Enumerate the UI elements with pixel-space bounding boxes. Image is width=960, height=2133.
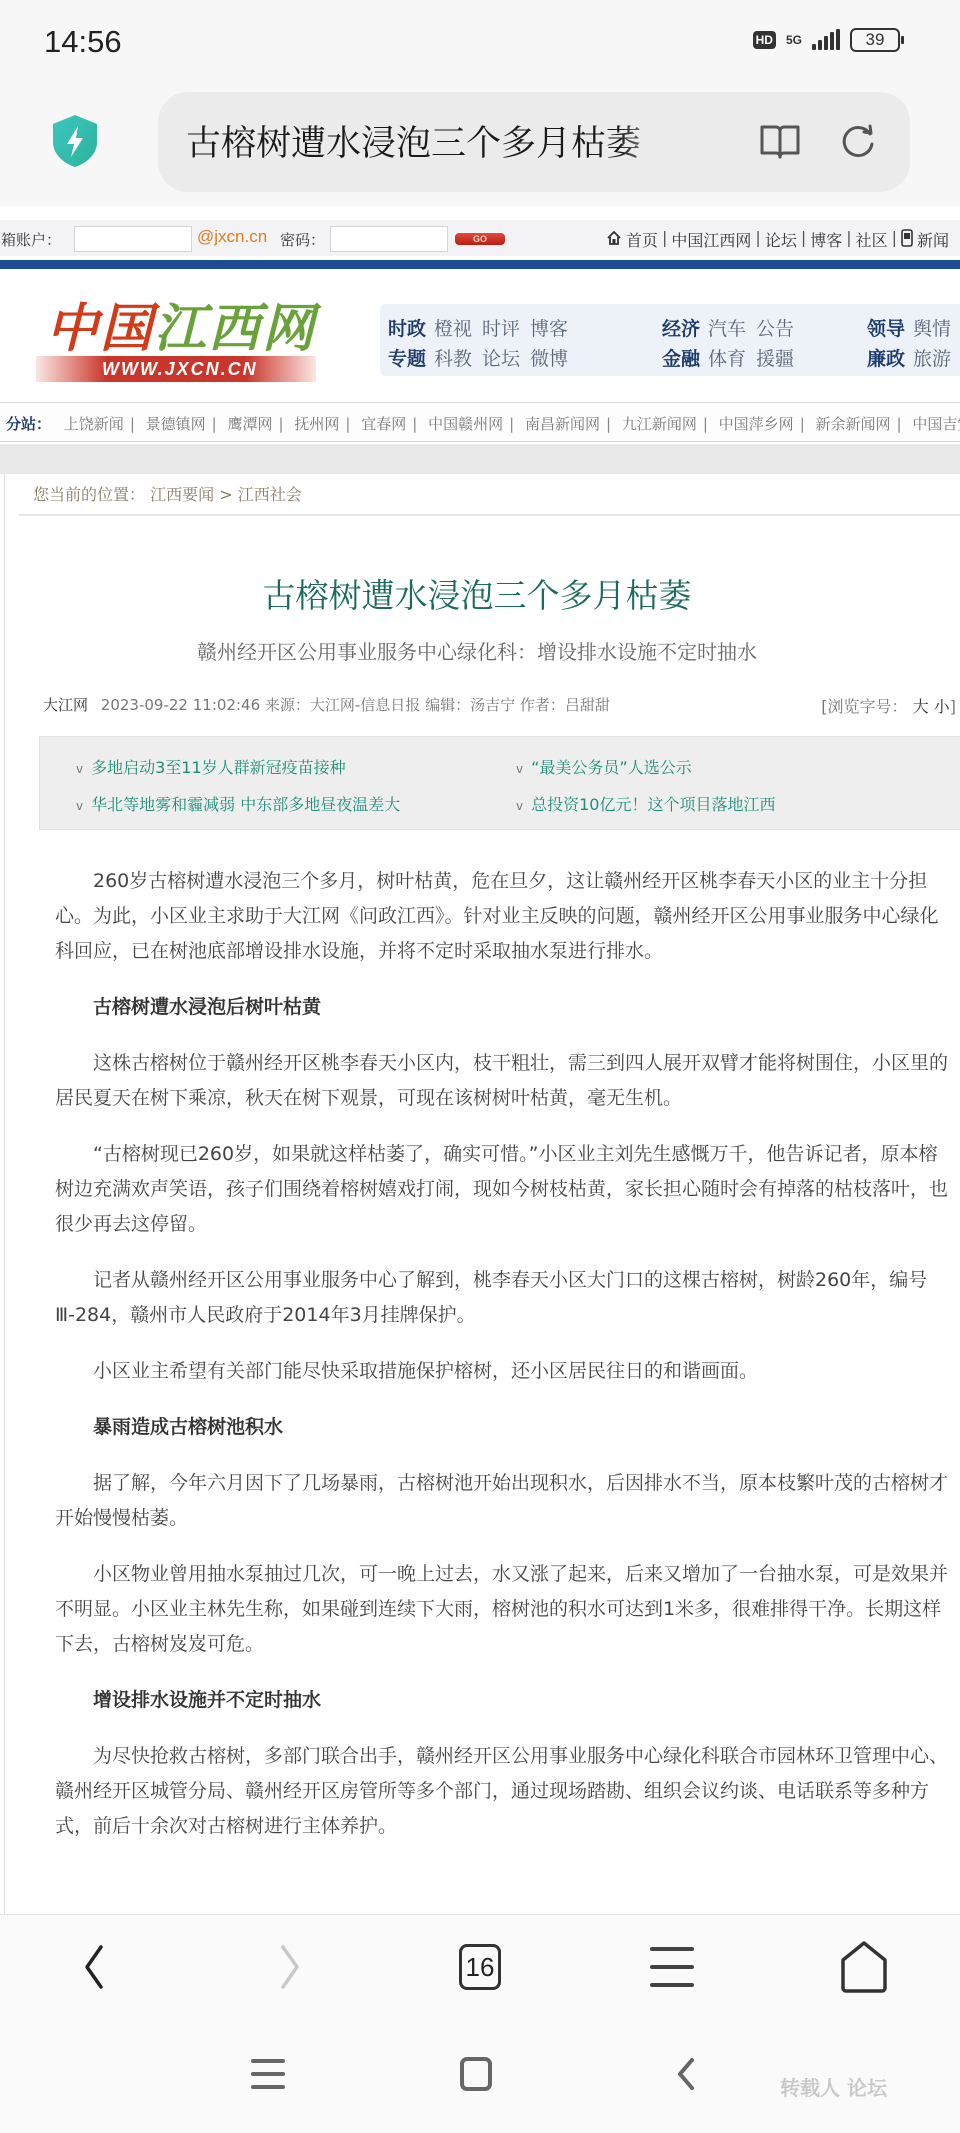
article-paragraph: 260岁古榕树遭水浸泡三个多月，树叶枯黄，危在旦夕，这让赣州经开区桃李春天小区的…: [55, 864, 951, 969]
meta-author: 作者：吕甜甜: [520, 696, 610, 714]
font-size-control: [浏览字号： 大 小]: [821, 694, 956, 717]
tab-count: 16: [459, 1944, 501, 1990]
sep: |: [130, 415, 135, 433]
channel-item[interactable]: 博客: [530, 318, 568, 340]
sep: |: [755, 228, 760, 251]
breadcrumb-jiangxi-news[interactable]: 江西要闻: [150, 485, 214, 504]
channel-item[interactable]: 橙视: [434, 318, 472, 340]
email-account-label: 邮箱账户：: [0, 229, 61, 250]
tabs-button[interactable]: 16: [450, 1937, 510, 1997]
substation-link[interactable]: 南昌新闻网: [525, 415, 600, 433]
channel-main[interactable]: 经济: [662, 318, 700, 340]
substation-link[interactable]: 中国赣州网: [428, 415, 503, 433]
article-paragraph: 为尽快抢救古榕树，多部门联合出手，赣州经开区公用事业服务中心绿化科联合市园林环卫…: [55, 1739, 951, 1844]
hamburger-menu-icon: [649, 1945, 695, 1989]
related-link[interactable]: v总投资10亿元！这个项目落地江西: [516, 792, 775, 815]
chevron-down-icon: v: [516, 762, 523, 776]
sep: |: [703, 415, 708, 433]
channel-item[interactable]: 援疆: [756, 348, 794, 370]
article-paragraph: 小区业主希望有关部门能尽快采取措施保护榕树，还小区居民往日的和谐画面。: [55, 1354, 951, 1389]
channel-main[interactable]: 领导: [867, 318, 905, 340]
signal-strength-icon: [812, 30, 840, 50]
channel-main[interactable]: 时政: [388, 318, 426, 340]
watermark: 转载人 论坛: [780, 2072, 887, 2101]
forward-button[interactable]: [260, 1937, 320, 1997]
channel-row: 廉政旅游: [867, 344, 960, 374]
channel-item[interactable]: 微博: [530, 348, 568, 370]
article-container: 您当前的位置： 江西要闻 > 江西社会 古榕树遭水浸泡三个多月枯萎 赣州经开区公…: [4, 474, 960, 1914]
battery-icon: 39: [850, 28, 900, 52]
browser-toolbar: 16: [0, 1914, 960, 2014]
sep: |: [509, 415, 514, 433]
sep: |: [897, 415, 902, 433]
top-link-community[interactable]: 社区: [856, 228, 888, 251]
url-bar[interactable]: 古榕树遭水浸泡三个多月枯萎: [158, 92, 910, 192]
password-label: 密码：: [280, 229, 325, 250]
channel-group-3: 领导舆情 廉政旅游: [867, 314, 960, 374]
system-back-button[interactable]: [656, 2044, 716, 2104]
chevron-left-icon: [79, 1942, 109, 1992]
back-arrow-icon: [674, 2056, 698, 2092]
substation-inner: 分站： 上饶新闻| 景德镇网| 鹰潭网| 抚州网| 宜春网| 中国赣州网| 南昌…: [6, 413, 960, 434]
article-subheading: 古榕树遭水浸泡后树叶枯黄: [55, 990, 951, 1025]
related-link[interactable]: v华北等地雾和霾减弱 中东部多地昼夜温差大: [76, 792, 400, 815]
chevron-down-icon: v: [76, 799, 83, 813]
status-bar: 14:56 HD 5G 39: [0, 0, 960, 88]
chevron-down-icon: v: [516, 799, 523, 813]
security-shield-icon[interactable]: [52, 114, 98, 168]
article-paragraph: 据了解，今年六月因下了几场暴雨，古榕树池开始出现积水，后因排水不当，原本枝繁叶茂…: [55, 1466, 951, 1536]
related-news-box: v多地启动3至11岁人群新冠疫苗接种 v“最美公务员”人选公示 v华北等地雾和霾…: [39, 736, 960, 830]
article-subheading: 暴雨造成古榕树池积水: [55, 1410, 951, 1445]
channel-row: 领导舆情: [867, 314, 960, 344]
channel-row: 金融体育援疆: [662, 344, 804, 374]
sep: |: [412, 415, 417, 433]
sep: |: [846, 228, 851, 251]
channel-row: 专题科教论坛微博: [388, 344, 578, 374]
status-time: 14:56: [44, 24, 122, 60]
article-paragraph: 记者从赣州经开区公用事业服务中心了解到，桃李春天小区大门口的这棵古榕树，树龄26…: [55, 1263, 951, 1333]
channel-item[interactable]: 论坛: [482, 348, 520, 370]
substation-links: 分站： 上饶新闻| 景德镇网| 鹰潭网| 抚州网| 宜春网| 中国赣州网| 南昌…: [0, 402, 960, 442]
system-navigation-bar: 转载人 论坛: [0, 2014, 960, 2133]
login-go-button[interactable]: GO: [455, 233, 505, 245]
sep: |: [892, 228, 897, 251]
browser-address-area: 古榕树遭水浸泡三个多月枯萎: [0, 88, 960, 206]
sep: |: [279, 415, 284, 433]
font-size-label: [浏览字号：: [821, 697, 907, 716]
top-link-blog[interactable]: 博客: [810, 228, 842, 251]
system-home-button[interactable]: [446, 2044, 506, 2104]
channel-group-1: 时政橙视时评博客 专题科教论坛微博: [388, 314, 578, 374]
breadcrumb-prefix: 您当前的位置：: [33, 485, 145, 504]
breadcrumb-separator: >: [219, 485, 232, 504]
meta-datetime: 2023-09-22 11:02:46: [101, 696, 260, 714]
substation-link[interactable]: 上饶新闻: [64, 415, 124, 433]
related-link-text[interactable]: 多地启动3至11岁人群新冠疫苗接种: [91, 758, 346, 777]
password-input[interactable]: [330, 226, 448, 252]
url-fade: [618, 112, 678, 168]
logo-chinese: 中国江西网: [46, 286, 316, 361]
top-link-forum[interactable]: 论坛: [765, 228, 797, 251]
related-link-text[interactable]: “最美公务员”人选公示: [531, 758, 692, 777]
recents-menu-icon: [250, 2057, 286, 2091]
home-button[interactable]: [834, 1937, 894, 1997]
chevron-right-icon: [275, 1942, 305, 1992]
channel-row: 时政橙视时评博客: [388, 314, 578, 344]
channel-nav: 时政橙视时评博客 专题科教论坛微博 经济汽车公告 金融体育援疆 领导舆情 廉政旅…: [380, 304, 960, 376]
login-topbar: 邮箱账户： @jxcn.cn 密码： GO 首页| 中国江西网| 论坛| 博客|…: [0, 220, 960, 256]
font-size-small-button[interactable]: 小: [934, 697, 950, 716]
network-type-icon: 5G: [786, 34, 802, 46]
sep: |: [212, 415, 217, 433]
email-account-input[interactable]: [74, 226, 192, 252]
channel-item[interactable]: 科教: [434, 348, 472, 370]
article-paragraph: “古榕树现已260岁，如果就这样枯萎了，确实可惜。”小区业主刘先生感慨万千，他告…: [55, 1137, 951, 1242]
article-paragraph: 小区物业曾用抽水泵抽过几次，可一晚上过去，水又涨了起来，后来又增加了一台抽水泵，…: [55, 1557, 951, 1662]
top-link-jxcn[interactable]: 中国江西网: [671, 228, 751, 251]
mobile-phone-icon: [901, 229, 913, 247]
related-link-text[interactable]: 总投资10亿元！这个项目落地江西: [531, 795, 775, 814]
substation-link[interactable]: 中国吉安: [912, 415, 960, 433]
font-size-bracket: ]: [950, 697, 956, 716]
channel-item[interactable]: 体育: [708, 348, 746, 370]
substation-link[interactable]: 新余新闻网: [816, 415, 891, 433]
page-gap: [0, 444, 960, 474]
top-links: 首页| 中国江西网| 论坛| 博客| 社区| 新闻: [606, 228, 949, 251]
substation-label: 分站：: [6, 415, 51, 433]
channel-main[interactable]: 专题: [388, 348, 426, 370]
article-body: 260岁古榕树遭水浸泡三个多月，树叶枯黄，危在旦夕，这让赣州经开区桃李春天小区的…: [55, 864, 951, 1865]
related-link[interactable]: v“最美公务员”人选公示: [516, 755, 692, 778]
meta-source: 来源：大江网-信息日报: [265, 696, 420, 714]
divider: [19, 514, 960, 516]
channel-item[interactable]: 舆情: [913, 318, 951, 340]
logo-red-chars: 中国: [46, 298, 154, 359]
meta-site: 大江网: [43, 696, 88, 714]
home-icon: [606, 230, 622, 246]
email-domain-suffix: @jxcn.cn: [197, 227, 267, 247]
square-home-icon: [459, 2056, 493, 2092]
hd-voice-icon: HD: [753, 31, 776, 49]
site-blue-band: [0, 260, 960, 269]
channel-main[interactable]: 金融: [662, 348, 700, 370]
status-indicators: HD 5G 39: [753, 28, 900, 52]
article-paragraph: 这株古榕树位于赣州经开区桃李春天小区内，枝干粗壮，需三到四人展开双臂才能将树围住…: [55, 1046, 951, 1116]
reader-mode-icon[interactable]: [758, 122, 802, 162]
substation-link[interactable]: 鹰潭网: [228, 415, 273, 433]
related-link[interactable]: v多地启动3至11岁人群新冠疫苗接种: [76, 755, 346, 778]
channel-item[interactable]: 汽车: [708, 318, 746, 340]
breadcrumb-jiangxi-society[interactable]: 江西社会: [238, 485, 302, 504]
channel-main[interactable]: 廉政: [867, 348, 905, 370]
channel-item[interactable]: 公告: [756, 318, 794, 340]
recents-button[interactable]: [238, 2044, 298, 2104]
font-size-large-button[interactable]: 大: [913, 697, 929, 716]
channel-item[interactable]: 旅游: [913, 348, 951, 370]
back-button[interactable]: [64, 1937, 124, 1997]
top-link-news[interactable]: 新闻: [917, 228, 949, 251]
breadcrumb: 您当前的位置： 江西要闻 > 江西社会: [33, 482, 302, 505]
article-subtitle: 赣州经开区公用事业服务中心绿化科：增设排水设施不定时抽水: [5, 636, 949, 665]
channel-group-2: 经济汽车公告 金融体育援疆: [662, 314, 804, 374]
top-link-home[interactable]: 首页: [626, 228, 658, 251]
substation-link[interactable]: 景德镇网: [146, 415, 206, 433]
channel-item[interactable]: 时评: [482, 318, 520, 340]
channel-row: 经济汽车公告: [662, 314, 804, 344]
logo-url: WWW.JXCN.CN: [102, 359, 258, 380]
sep: |: [345, 415, 350, 433]
chevron-down-icon: v: [76, 762, 83, 776]
logo-green-chars: 江西网: [154, 298, 316, 359]
url-title-text[interactable]: 古榕树遭水浸泡三个多月枯萎: [186, 116, 676, 166]
menu-button[interactable]: [642, 1937, 702, 1997]
substation-link[interactable]: 抚州网: [294, 415, 339, 433]
home-icon: [839, 1940, 889, 1994]
article-meta: 大江网 2023-09-22 11:02:46 来源：大江网-信息日报 编辑：汤…: [43, 694, 610, 715]
reload-icon[interactable]: [838, 122, 878, 162]
sep: |: [800, 415, 805, 433]
article-subheading: 增设排水设施并不定时抽水: [55, 1683, 951, 1718]
sep: |: [662, 228, 667, 251]
meta-editor: 编辑：汤吉宁: [425, 696, 515, 714]
substation-link[interactable]: 中国萍乡网: [719, 415, 794, 433]
sep: |: [606, 415, 611, 433]
article-title: 古榕树遭水浸泡三个多月枯萎: [5, 570, 949, 617]
related-link-text[interactable]: 华北等地雾和霾减弱 中东部多地昼夜温差大: [91, 795, 400, 814]
substation-link[interactable]: 九江新闻网: [622, 415, 697, 433]
substation-link[interactable]: 宜春网: [361, 415, 406, 433]
site-logo[interactable]: 中国江西网 WWW.JXCN.CN: [36, 286, 322, 386]
sep: |: [801, 228, 806, 251]
web-page: 邮箱账户： @jxcn.cn 密码： GO 首页| 中国江西网| 论坛| 博客|…: [0, 206, 960, 1914]
